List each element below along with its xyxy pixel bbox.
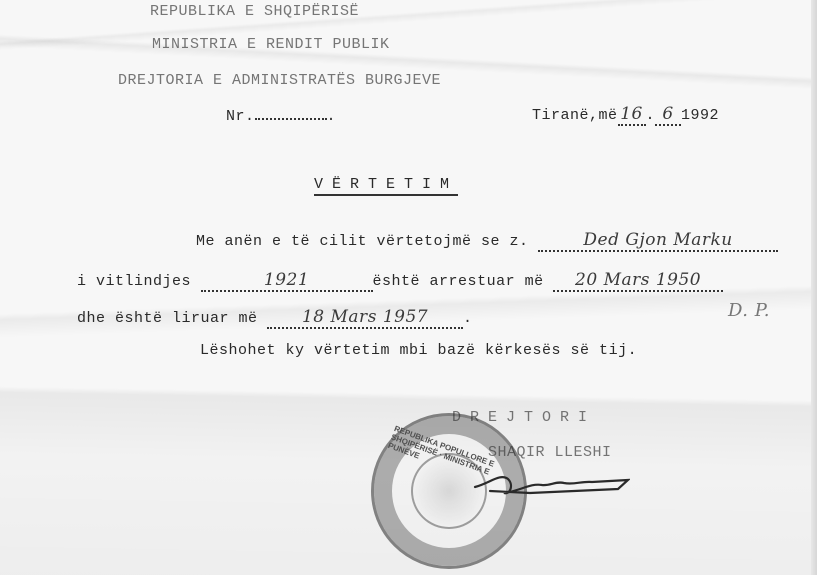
reference-number: Nr..: [226, 106, 336, 125]
date-day: 16: [618, 104, 646, 126]
paper-edge: [811, 0, 817, 575]
person-name: Ded Gjon Marku: [538, 230, 778, 252]
header-line-2: MINISTRIA E RENDIT PUBLIK: [152, 36, 390, 53]
date-year: 1992: [681, 107, 719, 124]
handwritten-initials: D. P.: [728, 300, 770, 321]
release-date: 18 Mars 1957: [267, 307, 463, 329]
header-line-1: REPUBLIKA E SHQIPËRISË: [150, 3, 359, 20]
place-label: Tiranë,më: [532, 107, 618, 124]
date-month: 6: [655, 104, 681, 126]
place-date: Tiranë,më16.61992: [532, 104, 719, 126]
birth-year: 1921: [201, 270, 373, 292]
body-line-3: dhe është liruar më 18 Mars 1957.: [77, 307, 473, 329]
document-title: VËRTETIM: [314, 176, 458, 193]
header-line-3: DREJTORIA E ADMINISTRATËS BURGJEVE: [118, 72, 441, 89]
number-blank: [255, 106, 327, 120]
body-line-1: Me anën e të cilit vërtetojmë se z. Ded …: [196, 230, 778, 252]
signature: [470, 465, 630, 505]
document-page: REPUBLIKA E SHQIPËRISË MINISTRIA E RENDI…: [0, 0, 817, 575]
arrest-date: 20 Mars 1950: [553, 270, 723, 292]
closing-line: Lëshohet ky vërtetim mbi bazë kërkesës s…: [200, 342, 637, 359]
number-label: Nr.: [226, 108, 255, 125]
body-line-2: i vitlindjes 1921është arrestuar më 20 M…: [77, 270, 723, 292]
